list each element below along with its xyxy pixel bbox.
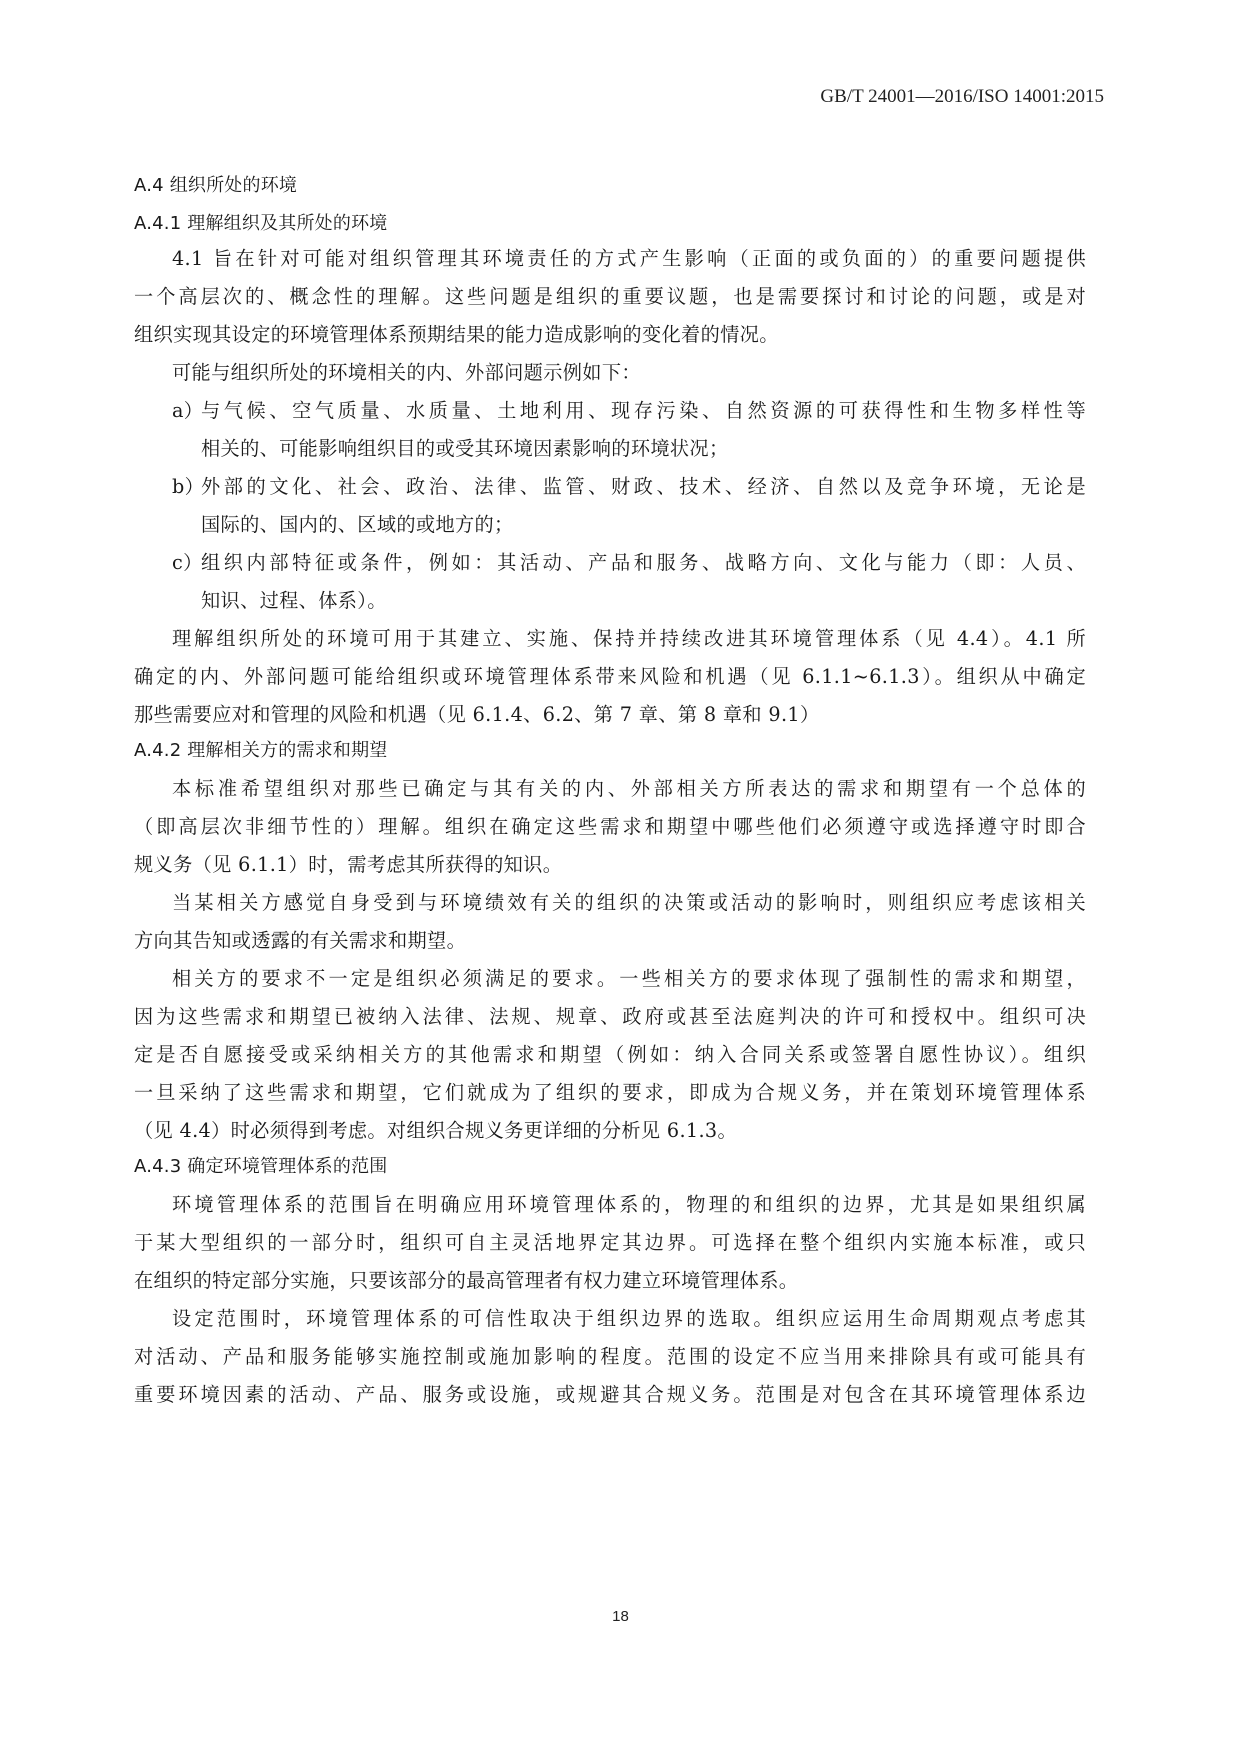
paragraph-line: 当某相关方感觉自身受到与环境绩效有关的组织的决策或活动的影响时，则组织应考虑该相…: [172, 884, 1086, 922]
list-marker-a: a）: [172, 392, 203, 430]
paragraph-line: 定是否自愿接受或采纳相关方的其他需求和期望（例如：纳入合同关系或签署自愿性协议）…: [134, 1036, 1086, 1074]
paragraph-line: 4.1 旨在针对可能对组织管理其环境责任的方式产生影响（正面的或负面的）的重要问…: [172, 240, 1086, 278]
paragraph-line: 那些需要应对和管理的风险和机遇（见 6.1.4、6.2、第 7 章、第 8 章和…: [134, 696, 819, 734]
list-item-a-line: 相关的、可能影响组织目的或受其环境因素影响的环境状况；: [201, 430, 729, 468]
list-item-a-line: 与气候、空气质量、水质量、土地利用、现存污染、自然资源的可获得性和生物多样性等: [201, 392, 1086, 430]
list-item-c-line: 知识、过程、体系）。: [201, 582, 387, 620]
paragraph-line: 在组织的特定部分实施，只要该部分的最高管理者有权力建立环境管理体系。: [134, 1262, 798, 1300]
list-marker-b: b）: [172, 468, 204, 506]
standard-header: GB/T 24001—2016/ISO 14001:2015: [820, 86, 1104, 108]
paragraph-line: （即高层次非细节性的）理解。组织在确定这些需求和期望中哪些他们必须遵守或选择遵守…: [134, 808, 1086, 846]
paragraph-line: 一个高层次的、概念性的理解。这些问题是组织的重要议题，也是需要探讨和讨论的问题，…: [134, 278, 1086, 316]
paragraph-line: （见 4.4）时必须得到考虑。对组织合规义务更详细的分析见 6.1.3。: [134, 1112, 737, 1150]
paragraph-line: 环境管理体系的范围旨在明确应用环境管理体系的，物理的和组织的边界，尤其是如果组织…: [172, 1186, 1086, 1224]
paragraph-line: 设定范围时，环境管理体系的可信性取决于组织边界的选取。组织应运用生命周期观点考虑…: [172, 1300, 1086, 1338]
section-heading-a42: A.4.2 理解相关方的需求和期望: [134, 732, 387, 770]
paragraph-line: 重要环境因素的活动、产品、服务或设施，或规避其合规义务。范围是对包含在其环境管理…: [134, 1376, 1086, 1414]
list-item-b-line: 国际的、国内的、区域的或地方的；: [201, 506, 514, 544]
paragraph-line: 方向其告知或透露的有关需求和期望。: [134, 922, 466, 960]
paragraph-line: 理解组织所处的环境可用于其建立、实施、保持并持续改进其环境管理体系（见 4.4）…: [172, 620, 1086, 658]
paragraph-line: 组织实现其设定的环境管理体系预期结果的能力造成影响的变化着的情况。: [134, 316, 779, 354]
paragraph-line: 规义务（见 6.1.1）时，需考虑其所获得的知识。: [134, 846, 562, 884]
paragraph-line: 可能与组织所处的环境相关的内、外部问题示例如下：: [172, 354, 641, 392]
list-item-b-line: 外部的文化、社会、政治、法律、监管、财政、技术、经济、自然以及竞争环境，无论是: [201, 468, 1086, 506]
document-page: GB/T 24001—2016/ISO 14001:2015 A.4 组织所处的…: [0, 0, 1241, 1755]
page-number: 18: [0, 1608, 1241, 1625]
section-heading-a43: A.4.3 确定环境管理体系的范围: [134, 1148, 387, 1186]
section-heading-a4: A.4 组织所处的环境: [134, 167, 297, 205]
section-heading-a41: A.4.1 理解组织及其所处的环境: [134, 205, 387, 243]
paragraph-line: 相关方的要求不一定是组织必须满足的要求。一些相关方的要求体现了强制性的需求和期望…: [172, 960, 1086, 998]
paragraph-line: 本标准希望组织对那些已确定与其有关的内、外部相关方所表达的需求和期望有一个总体的: [172, 770, 1086, 808]
paragraph-line: 确定的内、外部问题可能给组织或环境管理体系带来风险和机遇（见 6.1.1~6.1…: [134, 658, 1086, 696]
paragraph-line: 因为这些需求和期望已被纳入法律、法规、规章、政府或甚至法庭判决的许可和授权中。组…: [134, 998, 1086, 1036]
paragraph-line: 一旦采纳了这些需求和期望，它们就成为了组织的要求，即成为合规义务，并在策划环境管…: [134, 1074, 1086, 1112]
list-item-c-line: 组织内部特征或条件，例如：其活动、产品和服务、战略方向、文化与能力（即：人员、: [201, 544, 1086, 582]
paragraph-line: 于某大型组织的一部分时，组织可自主灵活地界定其边界。可选择在整个组织内实施本标准…: [134, 1224, 1086, 1262]
list-marker-c: c）: [172, 544, 203, 582]
paragraph-line: 对活动、产品和服务能够实施控制或施加影响的程度。范围的设定不应当用来排除具有或可…: [134, 1338, 1086, 1376]
